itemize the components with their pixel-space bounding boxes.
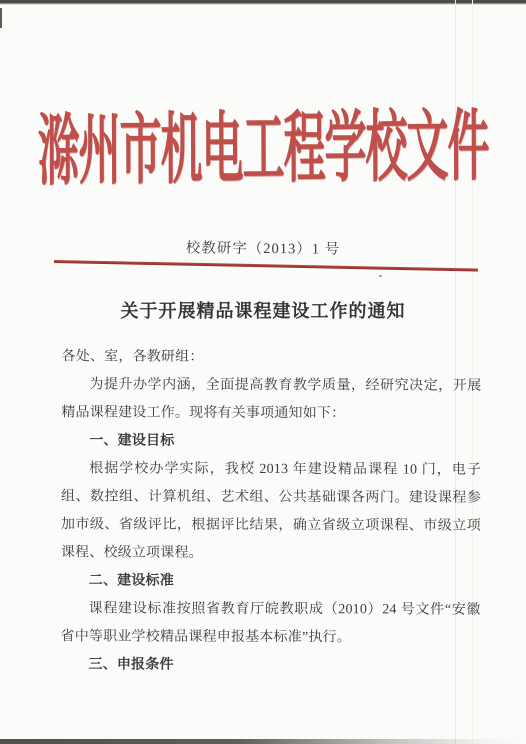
letterhead-title: 滁州市机电工程学校文件 (0, 109, 526, 193)
section-heading-3: 三、申报条件 (60, 651, 480, 680)
document-number: 校教研字（2013）1 号 (0, 235, 526, 261)
red-separator-rule (54, 260, 478, 272)
body-paragraph: 根据学校办学实际，我校 2013 年建设精品课程 10 门，电子组、数控组、计算… (61, 455, 481, 568)
salutation: 各处、室，各教研组： (61, 343, 481, 372)
section-heading-2: 二、建设标准 (61, 567, 481, 596)
body-paragraph: 为提升办学内涵，全面提高教育教学质量，经研究决定，开展精品课程建设工作。现将有关… (61, 371, 481, 428)
document-body: 各处、室，各教研组： 为提升办学内涵，全面提高教育教学质量，经研究决定，开展精品… (60, 343, 481, 680)
section-heading-1: 一、建设目标 (61, 427, 481, 456)
body-paragraph: 课程建设标准按照省教育厅皖教职成（2010）24 号文件“安徽省中等职业学校精品… (61, 595, 481, 652)
scan-artifact-top-edge (0, 0, 526, 5)
document-title: 关于开展精品课程建设工作的通知 (0, 297, 526, 323)
scanned-document-page: 滁州市机电工程学校文件 校教研字（2013）1 号 关于开展精品课程建设工作的通… (0, 0, 526, 744)
scan-speck (379, 275, 382, 277)
scan-artifact-left-notch (0, 8, 2, 28)
scan-artifact-bottom-edge (0, 739, 526, 744)
